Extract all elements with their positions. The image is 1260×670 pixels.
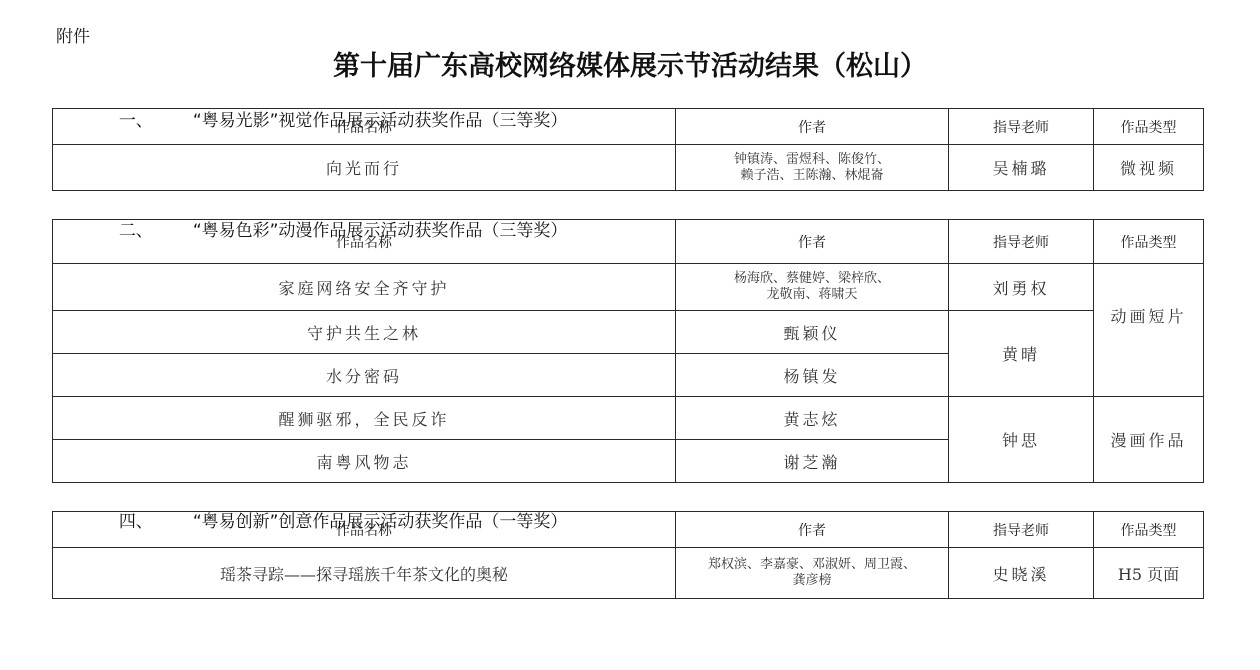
col-header-name: 作品名称: [53, 220, 676, 264]
work-authors: 杨海欣、蔡健婷、梁梓欣、 龙敬南、蒋啸天: [676, 264, 949, 311]
table-row: 家庭网络安全齐守护 杨海欣、蔡健婷、梁梓欣、 龙敬南、蒋啸天 刘勇权 动画短片: [53, 264, 1204, 311]
table-row: 醒狮驱邪，全民反诈 黄志炫 钟思 漫画作品: [53, 397, 1204, 440]
work-authors: 郑权滨、李嘉豪、邓淑妍、周卫霞、 龚彦榜: [676, 548, 949, 599]
page-title: 第十届广东高校网络媒体展示节活动结果（松山）: [0, 44, 1260, 83]
col-header-teacher: 指导老师: [949, 109, 1094, 145]
work-name: 醒狮驱邪，全民反诈: [53, 397, 676, 440]
col-header-name: 作品名称: [53, 109, 676, 145]
work-teacher: 吴楠璐: [949, 145, 1094, 191]
col-header-author: 作者: [676, 109, 949, 145]
table-animation-works: 作品名称 作者 指导老师 作品类型 家庭网络安全齐守护 杨海欣、蔡健婷、梁梓欣、…: [52, 219, 1204, 483]
col-header-name: 作品名称: [53, 512, 676, 548]
work-type: H5 页面: [1094, 548, 1204, 599]
work-name: 家庭网络安全齐守护: [53, 264, 676, 311]
authors-line: 郑权滨、李嘉豪、邓淑妍、周卫霞、: [680, 557, 944, 573]
work-teacher: 钟思: [949, 397, 1094, 483]
work-name: 守护共生之林: [53, 311, 676, 354]
col-header-type: 作品类型: [1094, 220, 1204, 264]
col-header-author: 作者: [676, 220, 949, 264]
work-name: 南粤风物志: [53, 440, 676, 483]
table-header-row: 作品名称 作者 指导老师 作品类型: [53, 512, 1204, 548]
work-authors: 甄颖仪: [676, 311, 949, 354]
work-teacher: 刘勇权: [949, 264, 1094, 311]
work-type: 漫画作品: [1094, 397, 1204, 483]
table-header-row: 作品名称 作者 指导老师 作品类型: [53, 220, 1204, 264]
work-type: 微视频: [1094, 145, 1204, 191]
work-teacher: 史晓溪: [949, 548, 1094, 599]
work-authors: 谢芝瀚: [676, 440, 949, 483]
work-authors: 黄志炫: [676, 397, 949, 440]
table-row: 守护共生之林 甄颖仪 黄晴: [53, 311, 1204, 354]
table-row: 瑶茶寻踪——探寻瑶族千年茶文化的奥秘 郑权滨、李嘉豪、邓淑妍、周卫霞、 龚彦榜 …: [53, 548, 1204, 599]
col-header-type: 作品类型: [1094, 512, 1204, 548]
authors-line: 钟镇涛、雷煜科、陈俊竹、: [680, 152, 944, 168]
col-header-teacher: 指导老师: [949, 512, 1094, 548]
work-authors: 钟镇涛、雷煜科、陈俊竹、 赖子浩、王陈瀚、林焜崙: [676, 145, 949, 191]
col-header-author: 作者: [676, 512, 949, 548]
table-creative-works: 作品名称 作者 指导老师 作品类型 瑶茶寻踪——探寻瑶族千年茶文化的奥秘 郑权滨…: [52, 511, 1204, 599]
work-name: 瑶茶寻踪——探寻瑶族千年茶文化的奥秘: [53, 548, 676, 599]
authors-line: 龚彦榜: [680, 573, 944, 589]
work-type: 动画短片: [1094, 264, 1204, 397]
work-authors: 杨镇发: [676, 354, 949, 397]
table-row: 向光而行 钟镇涛、雷煜科、陈俊竹、 赖子浩、王陈瀚、林焜崙 吴楠璐 微视频: [53, 145, 1204, 191]
authors-line: 杨海欣、蔡健婷、梁梓欣、: [680, 271, 944, 287]
work-name: 水分密码: [53, 354, 676, 397]
table-header-row: 作品名称 作者 指导老师 作品类型: [53, 109, 1204, 145]
authors-line: 赖子浩、王陈瀚、林焜崙: [680, 168, 944, 184]
authors-line: 龙敬南、蒋啸天: [680, 287, 944, 303]
work-teacher: 黄晴: [949, 311, 1094, 397]
work-name: 向光而行: [53, 145, 676, 191]
table-visual-works: 作品名称 作者 指导老师 作品类型 向光而行 钟镇涛、雷煜科、陈俊竹、 赖子浩、…: [52, 108, 1204, 191]
col-header-type: 作品类型: [1094, 109, 1204, 145]
col-header-teacher: 指导老师: [949, 220, 1094, 264]
